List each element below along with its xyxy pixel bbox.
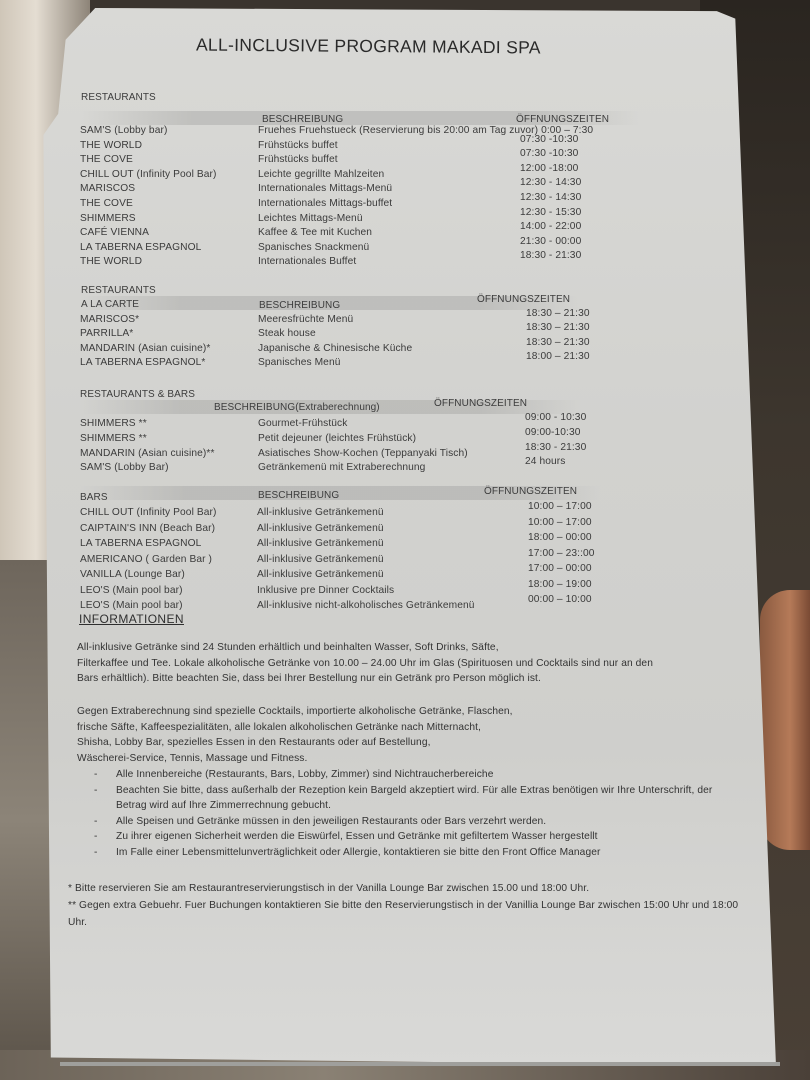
venue-name: PARRILLA* bbox=[80, 328, 133, 339]
opening-hours: 21:30 - 00:00 bbox=[520, 236, 581, 247]
venue-name: SAM'S (Lobby Bar) bbox=[80, 462, 169, 473]
venue-description: Kaffee & Tee mit Kuchen bbox=[258, 227, 372, 238]
paragraph-line: frische Säfte, Kaffeespezialitäten, alle… bbox=[77, 720, 737, 736]
venue-description: Japanische & Chinesische Küche bbox=[258, 343, 412, 354]
venue-name: CAIPTAIN'S INN (Beach Bar) bbox=[80, 523, 215, 534]
paragraph-line: Bars erhältlich). Bitte beachten Sie, da… bbox=[77, 671, 737, 687]
venue-description: All-inklusive Getränkemenü bbox=[257, 507, 384, 518]
column-header-description: BESCHREIBUNG(Extraberechnung) bbox=[214, 402, 380, 413]
info-title: INFORMATIONEN bbox=[79, 612, 184, 626]
bullet-text: Im Falle einer Lebensmittelunverträglich… bbox=[116, 847, 600, 858]
bullet-dash-icon: - bbox=[94, 814, 98, 830]
venue-description: Internationales Mittags-Menü bbox=[258, 183, 392, 194]
opening-hours: 18:30 - 21:30 bbox=[520, 250, 581, 261]
venue-name: VANILLA (Lounge Bar) bbox=[80, 569, 185, 580]
venue-name: CAFÉ VIENNA bbox=[80, 227, 149, 238]
venue-name: SHIMMERS bbox=[80, 213, 136, 224]
footnote-single-star: * Bitte reservieren Sie am Restaurantres… bbox=[68, 880, 748, 897]
info-bullet-list: -Alle Innenbereiche (Restaurants, Bars, … bbox=[94, 767, 734, 860]
opening-hours: 09:00 - 10:30 bbox=[525, 412, 586, 423]
venue-name: THE WORLD bbox=[80, 256, 142, 267]
opening-hours: 17:00 – 23::00 bbox=[528, 548, 595, 559]
venue-description: Steak house bbox=[258, 328, 316, 339]
venue-name: LA TABERNA ESPAGNOL bbox=[80, 538, 201, 549]
venue-name: SHIMMERS ** bbox=[80, 418, 147, 429]
paragraph-line: Shisha, Lobby Bar, spezielles Essen in d… bbox=[77, 735, 737, 751]
venue-name: THE COVE bbox=[80, 154, 133, 165]
venue-description: All-inklusive Getränkemenü bbox=[257, 569, 384, 580]
venue-description: All-inklusive Getränkemenü bbox=[257, 523, 384, 534]
opening-hours: 09:00-10:30 bbox=[525, 427, 580, 438]
opening-hours: 24 hours bbox=[525, 456, 565, 467]
venue-name: LEO'S (Main pool bar) bbox=[80, 585, 183, 596]
paragraph-line: Gegen Extraberechnung sind spezielle Coc… bbox=[77, 704, 737, 720]
column-header-description: BESCHREIBUNG bbox=[262, 114, 343, 125]
bullet-dash-icon: - bbox=[94, 845, 98, 861]
venue-name: THE WORLD bbox=[80, 140, 142, 151]
venue-description: Internationales Mittags-buffet bbox=[258, 198, 392, 209]
info-paragraph-drinks: All-inklusive Getränke sind 24 Stunden e… bbox=[77, 640, 737, 687]
venue-name: CHILL OUT (Infinity Pool Bar) bbox=[80, 507, 217, 518]
venue-name: LA TABERNA ESPAGNOL* bbox=[80, 357, 205, 368]
opening-hours: 18:30 – 21:30 bbox=[526, 337, 590, 348]
venue-description: All-inklusive Getränkemenü bbox=[257, 554, 384, 565]
venue-description: Petit dejeuner (leichtes Frühstück) bbox=[258, 433, 416, 444]
venue-name: SAM'S (Lobby bar) bbox=[80, 125, 167, 136]
footnote-double-star: ** Gegen extra Gebuehr. Fuer Buchungen k… bbox=[68, 897, 748, 931]
bullet-item: -Alle Speisen und Getränke müssen in den… bbox=[94, 814, 734, 830]
section-label: RESTAURANTS bbox=[81, 285, 156, 296]
venue-description: Spanisches Snackmenü bbox=[258, 242, 369, 253]
document-title: ALL-INCLUSIVE PROGRAM MAKADI SPA bbox=[196, 34, 541, 58]
bullet-item: -Im Falle einer Lebensmittelunverträglic… bbox=[94, 845, 734, 861]
venue-description: Leichte gegrillte Mahlzeiten bbox=[258, 169, 384, 180]
bullet-text: Alle Innenbereiche (Restaurants, Bars, L… bbox=[116, 769, 493, 780]
venue-name: LEO'S (Main pool bar) bbox=[80, 600, 183, 611]
section-label: RESTAURANTS & BARS bbox=[80, 389, 195, 400]
section-label: BARS bbox=[80, 492, 108, 503]
venue-description: Frühstücks buffet bbox=[258, 140, 338, 151]
bullet-item: -Alle Innenbereiche (Restaurants, Bars, … bbox=[94, 767, 734, 783]
paragraph-line: Filterkaffee und Tee. Lokale alkoholisch… bbox=[77, 656, 737, 672]
opening-hours: 07:30 -10:30 bbox=[520, 134, 578, 145]
opening-hours: 18:00 – 21:30 bbox=[526, 351, 590, 362]
bullet-dash-icon: - bbox=[94, 767, 98, 783]
venue-name: AMERICANO ( Garden Bar ) bbox=[80, 554, 212, 565]
venue-name: SHIMMERS ** bbox=[80, 433, 147, 444]
venue-description: Getränkemenü mit Extraberechnung bbox=[258, 462, 425, 473]
opening-hours: 18:30 - 21:30 bbox=[525, 442, 586, 453]
opening-hours: 17:00 – 00:00 bbox=[528, 563, 592, 574]
opening-hours: 10:00 – 17:00 bbox=[528, 501, 592, 512]
column-header-description: BESCHREIBUNG bbox=[259, 300, 340, 311]
venue-name: MARISCOS bbox=[80, 183, 135, 194]
bullet-text: Beachten Sie bitte, dass außerhalb der R… bbox=[116, 785, 712, 812]
venue-description: Asiatisches Show-Kochen (Teppanyaki Tisc… bbox=[258, 448, 468, 459]
venue-name: MANDARIN (Asian cuisine)* bbox=[80, 343, 210, 354]
bullet-item: -Zu ihrer eigenen Sicherheit werden die … bbox=[94, 829, 734, 845]
venue-name: MARISCOS* bbox=[80, 314, 139, 325]
bullet-text: Alle Speisen und Getränke müssen in den … bbox=[116, 816, 546, 827]
paragraph-line: All-inklusive Getränke sind 24 Stunden e… bbox=[77, 640, 737, 656]
column-header-description: BESCHREIBUNG bbox=[258, 490, 339, 501]
venue-description: Spanisches Menü bbox=[258, 357, 340, 368]
venue-name: MANDARIN (Asian cuisine)** bbox=[80, 448, 215, 459]
opening-hours: 14:00 - 22:00 bbox=[520, 221, 581, 232]
opening-hours: 18:30 – 21:30 bbox=[526, 308, 590, 319]
venue-name: CHILL OUT (Infinity Pool Bar) bbox=[80, 169, 217, 180]
column-header-hours: ÖFFNUNGSZEITEN bbox=[434, 398, 527, 409]
opening-hours: 18:30 – 21:30 bbox=[526, 322, 590, 333]
column-header-hours: ÖFFNUNGSZEITEN bbox=[484, 486, 577, 497]
document: ALL-INCLUSIVE PROGRAM MAKADI SPA RESTAUR… bbox=[0, 0, 810, 1080]
bullet-dash-icon: - bbox=[94, 783, 98, 799]
bullet-item: -Beachten Sie bitte, dass außerhalb der … bbox=[94, 783, 734, 814]
opening-hours: 12:30 - 15:30 bbox=[520, 207, 581, 218]
opening-hours: 12:00 -18:00 bbox=[520, 163, 578, 174]
opening-hours: 18:00 – 00:00 bbox=[528, 532, 592, 543]
venue-description: Internationales Buffet bbox=[258, 256, 356, 267]
section-sublabel: A LA CARTE bbox=[81, 299, 139, 310]
venue-name: THE COVE bbox=[80, 198, 133, 209]
column-header-hours: ÖFFNUNGSZEITEN bbox=[477, 294, 570, 305]
venue-description: All-inklusive nicht-alkoholisches Geträn… bbox=[257, 600, 475, 611]
paragraph-line: Wäscherei-Service, Tennis, Massage und F… bbox=[77, 751, 737, 767]
venue-description: Meeresfrüchte Menü bbox=[258, 314, 353, 325]
opening-hours: 12:30 - 14:30 bbox=[520, 177, 581, 188]
opening-hours: 07:30 -10:30 bbox=[520, 148, 578, 159]
opening-hours: 00:00 – 10:00 bbox=[528, 594, 592, 605]
venue-description: All-inklusive Getränkemenü bbox=[257, 538, 384, 549]
opening-hours: 10:00 – 17:00 bbox=[528, 517, 592, 528]
venue-description: Leichtes Mittags-Menü bbox=[258, 213, 363, 224]
bullet-dash-icon: - bbox=[94, 829, 98, 845]
bullet-text: Zu ihrer eigenen Sicherheit werden die E… bbox=[116, 831, 598, 842]
opening-hours: 18:00 – 19:00 bbox=[528, 579, 592, 590]
venue-description: Gourmet-Frühstück bbox=[258, 418, 347, 429]
opening-hours: 12:30 - 14:30 bbox=[520, 192, 581, 203]
column-header-hours: ÖFFNUNGSZEITEN bbox=[516, 114, 609, 125]
section-label: RESTAURANTS bbox=[81, 92, 156, 103]
venue-description: Frühstücks buffet bbox=[258, 154, 338, 165]
venue-description: Inklusive pre Dinner Cocktails bbox=[257, 585, 394, 596]
venue-name: LA TABERNA ESPAGNOL bbox=[80, 242, 201, 253]
info-paragraph-extras: Gegen Extraberechnung sind spezielle Coc… bbox=[77, 704, 737, 766]
